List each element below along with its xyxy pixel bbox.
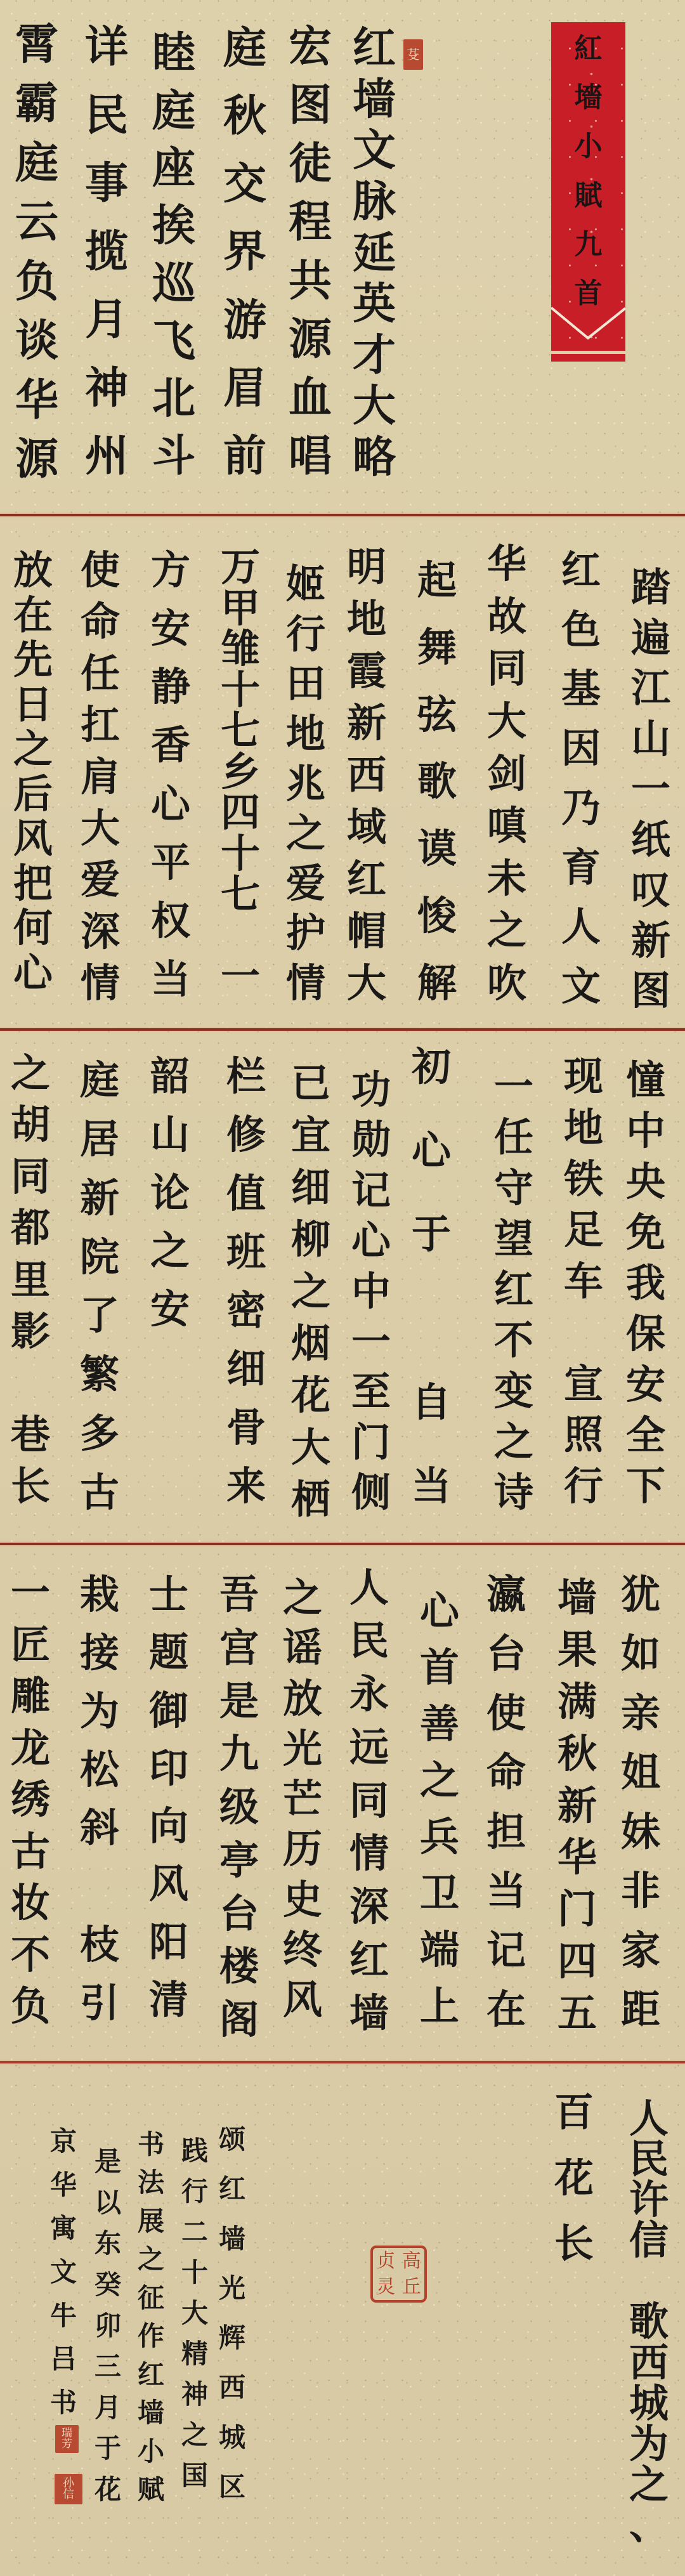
chevron-icon — [551, 22, 625, 351]
glyph: 门 — [351, 1423, 391, 1462]
poem-column: 已宜细柳之烟花大栖 — [280, 1064, 341, 1519]
glyph: 弦 — [417, 695, 457, 735]
glyph: 揽 — [85, 230, 128, 273]
glyph: 墙 — [349, 1994, 389, 2033]
glyph: 巷 — [11, 1415, 50, 1455]
glyph: 爱 — [81, 860, 120, 899]
glyph: 西 — [629, 2343, 669, 2383]
poem-column: 栏修值班密细骨来 — [216, 1057, 277, 1506]
inscription-column: 颂红墙光辉西城区 — [212, 2126, 252, 2501]
glyph: 题 — [149, 1633, 188, 1672]
glyph: 韶 — [150, 1057, 190, 1096]
glyph: 院 — [80, 1238, 119, 1277]
glyph: 徒 — [289, 142, 332, 185]
poem-column: 使命任扛肩大爱深情 — [70, 551, 131, 1003]
glyph: 大 — [487, 702, 526, 741]
glyph: 爱 — [286, 864, 325, 903]
glyph: 谣 — [283, 1628, 322, 1668]
glyph: 之 — [487, 911, 526, 950]
glyph: 霄 — [15, 23, 58, 66]
seal-glyph: 贞 — [376, 2252, 395, 2271]
glyph: 略 — [353, 436, 396, 479]
seal-signature-1-text: 瑞芳 — [62, 2428, 72, 2450]
glyph: 全 — [626, 1416, 665, 1455]
glyph: 乡 — [221, 752, 260, 792]
glyph: 心 — [13, 953, 53, 993]
glyph: 史 — [283, 1880, 322, 1919]
glyph: 界 — [223, 230, 266, 273]
glyph: 放 — [13, 551, 53, 590]
glyph: 同 — [11, 1157, 50, 1196]
glyph: 楼 — [219, 1947, 259, 1986]
glyph: 把 — [13, 864, 53, 903]
glyph: 墙 — [219, 2226, 245, 2252]
glyph: 权 — [151, 901, 190, 941]
glyph: 游 — [223, 299, 266, 342]
glyph: 红 — [353, 27, 396, 70]
glyph: 日 — [13, 685, 53, 724]
poem-column: 红色基因乃育人文 — [551, 551, 611, 1006]
glyph: 红 — [494, 1270, 533, 1309]
glyph: 为 — [629, 2424, 669, 2464]
glyph: 士 — [149, 1575, 188, 1614]
glyph: 、 — [629, 2506, 669, 2545]
glyph: 已 — [291, 1064, 330, 1103]
glyph: 班 — [226, 1232, 266, 1272]
glyph: 地 — [347, 599, 386, 639]
glyph: 先 — [13, 640, 53, 679]
glyph: 于 — [412, 1215, 451, 1254]
glyph: 栖 — [291, 1480, 330, 1519]
glyph: 十 — [181, 2259, 208, 2286]
poem-column: 放在先日之后风把何心 — [3, 551, 63, 993]
glyph: 诗 — [494, 1473, 533, 1512]
glyph: 我 — [626, 1264, 665, 1303]
glyph: 憧 — [626, 1061, 665, 1100]
seal-top: 芟 — [403, 39, 423, 70]
glyph: 事 — [85, 162, 128, 205]
glyph: 平 — [151, 843, 190, 882]
glyph: 姬 — [286, 565, 325, 604]
glyph: 胡 — [11, 1105, 50, 1144]
glyph: 变 — [494, 1371, 533, 1411]
glyph: 枝 — [80, 1925, 119, 1965]
glyph: 卫 — [420, 1874, 459, 1913]
glyph: 足 — [564, 1210, 603, 1250]
glyph: 癸 — [95, 2272, 121, 2298]
glyph: 犹 — [621, 1575, 660, 1614]
glyph: 兵 — [420, 1817, 459, 1857]
glyph: 宏 — [289, 25, 332, 69]
glyph: 大 — [347, 964, 386, 1003]
glyph: 人 — [629, 2099, 669, 2138]
glyph: 向 — [149, 1807, 188, 1846]
glyph: 之 — [138, 2246, 164, 2273]
poem-column: 士题御印向风阳清 — [138, 1575, 199, 2020]
poem-column: 睦庭座挨巡飞北斗 — [142, 32, 205, 478]
glyph: 源 — [15, 438, 58, 481]
glyph: 记 — [486, 1931, 526, 1970]
poem-column: 吾宫是九级亭台楼阁 — [209, 1575, 270, 2039]
glyph: 论 — [150, 1174, 190, 1213]
glyph: 剑 — [487, 754, 526, 794]
glyph: 民 — [629, 2140, 669, 2179]
glyph: 九 — [219, 1734, 259, 1774]
glyph: 值 — [226, 1174, 266, 1213]
glyph: 望 — [494, 1219, 533, 1259]
glyph: 信 — [629, 2221, 669, 2260]
glyph: 庭 — [152, 89, 195, 133]
glyph: 展 — [138, 2208, 164, 2235]
glyph: 风 — [13, 819, 53, 858]
glyph: 心 — [351, 1221, 391, 1260]
glyph: 明 — [347, 547, 386, 587]
glyph: 守 — [494, 1168, 533, 1208]
poem-column: 初心于自当 — [401, 1047, 462, 1506]
glyph: 龙 — [11, 1729, 50, 1768]
glyph: 颂 — [219, 2126, 245, 2153]
glyph: 命 — [81, 602, 120, 641]
glyph: 印 — [149, 1749, 188, 1788]
glyph: 安 — [151, 609, 190, 648]
glyph: 交 — [223, 162, 266, 206]
glyph: 使 — [486, 1694, 526, 1733]
glyph: 新 — [347, 703, 386, 743]
poem-column: 人民许信歌西城为之、 — [618, 2099, 679, 2545]
glyph: 大 — [81, 809, 120, 848]
glyph: 解 — [417, 964, 457, 1003]
seal-signature-2: 孙信 — [55, 2474, 82, 2504]
inscription-column: 是以东癸卯三月于花 — [88, 2148, 127, 2503]
glyph: 风 — [149, 1864, 188, 1904]
glyph: 下 — [626, 1467, 665, 1506]
glyph: 区 — [219, 2474, 245, 2501]
poem-column: 方安静香心平权当 — [140, 551, 201, 999]
poem-column: 之谣放光芒历史终风 — [272, 1578, 333, 2020]
glyph: 后 — [13, 775, 53, 814]
glyph: 是 — [95, 2148, 121, 2175]
glyph: 行 — [286, 615, 325, 654]
glyph: 放 — [283, 1679, 322, 1718]
glyph: 芒 — [283, 1779, 322, 1819]
poem-column: 犹如亲姐妹非家距 — [610, 1575, 671, 2029]
glyph: 甲 — [221, 589, 260, 628]
poem-column: 庭居新院了繁多古 — [69, 1061, 130, 1512]
glyph: 御 — [149, 1691, 188, 1730]
poem-column: 栽接为松斜枝引 — [69, 1575, 130, 2023]
glyph: 在 — [13, 596, 53, 635]
glyph: 记 — [351, 1171, 391, 1210]
glyph: 长 — [11, 1467, 50, 1506]
glyph: 古 — [11, 1832, 50, 1871]
glyph: 月 — [95, 2395, 121, 2421]
glyph: 善 — [420, 1704, 459, 1744]
glyph: 乃 — [561, 788, 601, 828]
glyph: 长 — [554, 2224, 594, 2263]
glyph: 不 — [494, 1321, 533, 1360]
glyph: 吹 — [487, 964, 526, 1003]
glyph: 当 — [412, 1467, 451, 1506]
glyph: 城 — [219, 2424, 245, 2451]
glyph: 任 — [81, 654, 120, 693]
glyph: 家 — [621, 1931, 660, 1970]
glyph: 图 — [289, 84, 332, 127]
glyph: 之 — [283, 1578, 322, 1618]
glyph: 影 — [11, 1312, 50, 1351]
glyph: 雏 — [221, 629, 260, 669]
glyph: 肩 — [81, 757, 120, 797]
glyph: 牛 — [50, 2303, 77, 2329]
glyph: 色 — [561, 610, 601, 650]
glyph: 秋 — [558, 1734, 597, 1774]
glyph: 繁 — [80, 1355, 119, 1394]
poem-column: 憧中央免我保安全下 — [615, 1061, 676, 1506]
glyph: 东 — [95, 2230, 121, 2257]
glyph: 里 — [11, 1260, 50, 1300]
glyph: 如 — [621, 1634, 660, 1673]
glyph: 密 — [226, 1291, 266, 1330]
glyph: 巡 — [152, 262, 195, 305]
glyph: 栽 — [80, 1575, 119, 1614]
glyph: 眉 — [223, 367, 266, 410]
glyph: 居 — [80, 1120, 119, 1159]
inscription-column: 京华寓文牛吕书 — [44, 2128, 83, 2416]
glyph: 红 — [561, 551, 601, 590]
glyph: 来 — [226, 1467, 266, 1506]
glyph: 京 — [50, 2128, 77, 2155]
glyph: 一 — [221, 957, 260, 996]
glyph: 一 — [11, 1573, 50, 1612]
glyph: 照 — [564, 1415, 603, 1455]
glyph: 行 — [181, 2178, 208, 2205]
glyph: 阁 — [219, 2000, 259, 2039]
glyph: 台 — [486, 1634, 526, 1673]
poem-column: 之胡同都里影巷长 — [0, 1054, 61, 1506]
glyph: 图 — [631, 971, 670, 1010]
seal-glyph: 高 — [402, 2252, 421, 2271]
glyph: 城 — [629, 2384, 669, 2423]
glyph: 永 — [349, 1675, 389, 1714]
glyph: 十 — [221, 670, 260, 710]
glyph: 当 — [486, 1871, 526, 1911]
glyph: 神 — [181, 2381, 208, 2408]
glyph: 以 — [95, 2190, 121, 2216]
glyph: 姐 — [621, 1753, 660, 1792]
glyph: 瀛 — [486, 1575, 526, 1614]
glyph: 扛 — [81, 705, 120, 745]
glyph: 多 — [80, 1414, 119, 1453]
glyph: 庭 — [80, 1061, 119, 1100]
glyph: 月 — [85, 298, 128, 341]
glyph: 三 — [95, 2353, 121, 2380]
glyph: 负 — [11, 1987, 50, 2026]
glyph: 精 — [181, 2341, 208, 2367]
glyph: 大 — [181, 2300, 208, 2327]
glyph: 心 — [412, 1131, 451, 1170]
glyph: 人 — [561, 907, 601, 946]
glyph: 端 — [420, 1930, 459, 1970]
glyph: 唱 — [289, 435, 332, 478]
glyph: 新 — [558, 1786, 597, 1826]
glyph: 详 — [85, 25, 128, 69]
glyph: 行 — [564, 1467, 603, 1506]
glyph: 民 — [85, 94, 128, 137]
glyph: 绣 — [11, 1780, 50, 1819]
glyph: 安 — [150, 1290, 190, 1329]
glyph: 之 — [181, 2422, 208, 2449]
glyph: 江 — [631, 669, 670, 708]
glyph: 北 — [152, 377, 195, 420]
glyph: 州 — [85, 435, 128, 478]
glyph: 之 — [13, 729, 53, 769]
glyph: 踏 — [631, 568, 670, 607]
glyph: 护 — [286, 913, 325, 953]
glyph: 一 — [351, 1322, 391, 1361]
poem-column: 现地铁足车宣照行 — [553, 1057, 614, 1506]
glyph: 脉 — [353, 180, 396, 223]
glyph: 因 — [561, 729, 601, 768]
glyph: 非 — [621, 1871, 660, 1911]
poem-column: 瀛台使命担当记在 — [476, 1575, 537, 2029]
glyph: 悛 — [417, 896, 457, 936]
glyph: 功 — [351, 1070, 391, 1109]
glyph: 级 — [219, 1788, 259, 1827]
glyph: 铁 — [564, 1160, 603, 1199]
section-divider — [0, 1543, 685, 1545]
glyph: 育 — [561, 848, 601, 887]
glyph: 延 — [353, 232, 396, 275]
glyph: 程 — [289, 200, 332, 244]
glyph: 古 — [80, 1473, 119, 1512]
glyph: 寓 — [50, 2215, 77, 2242]
glyph: 域 — [347, 807, 386, 847]
poem-column: 墙果满秋新华门四五 — [547, 1578, 608, 2033]
poem-column: 万甲雏十七乡四十七一 — [210, 547, 271, 996]
glyph: 安 — [626, 1365, 665, 1404]
glyph: 了 — [80, 1296, 119, 1335]
glyph: 光 — [283, 1729, 322, 1769]
glyph: 接 — [80, 1633, 119, 1673]
glyph: 香 — [151, 726, 190, 765]
poem-column: 心首善之兵卫端上 — [409, 1592, 470, 2026]
glyph: 歌 — [629, 2302, 669, 2341]
glyph: 之 — [420, 1761, 459, 1800]
glyph: 台 — [219, 1894, 259, 1933]
poem-column: 踏遍江山一纸叹新图 — [620, 568, 681, 1010]
glyph: 前 — [223, 435, 266, 478]
glyph: 满 — [558, 1682, 597, 1722]
glyph: 睦 — [152, 32, 195, 75]
glyph: 英 — [353, 282, 396, 325]
glyph: 深 — [81, 912, 120, 951]
glyph: 侧 — [351, 1473, 391, 1512]
glyph: 烟 — [291, 1324, 330, 1363]
section-divider — [0, 2061, 685, 2063]
glyph: 十 — [221, 834, 260, 873]
glyph: 勋 — [351, 1120, 391, 1160]
glyph: 源 — [289, 318, 332, 361]
glyph: 大 — [353, 384, 396, 428]
glyph: 西 — [347, 755, 386, 795]
glyph: 庭 — [223, 27, 266, 70]
glyph: 墙 — [558, 1578, 597, 1618]
glyph: 妹 — [621, 1812, 660, 1852]
glyph: 叹 — [631, 870, 670, 910]
section-divider — [0, 1028, 685, 1031]
glyph: 田 — [286, 664, 325, 703]
glyph: 斜 — [80, 1808, 119, 1848]
glyph: 辉 — [219, 2325, 245, 2351]
glyph: 初 — [412, 1047, 451, 1087]
seal-signature-2-text: 孙信 — [63, 2478, 74, 2501]
glyph: 小 — [138, 2438, 164, 2465]
glyph: 负 — [15, 260, 58, 303]
glyph: 红 — [349, 1940, 389, 1980]
glyph: 于 — [95, 2435, 121, 2462]
glyph: 嗔 — [487, 806, 526, 846]
title-label-stripe — [551, 354, 625, 362]
glyph: 匠 — [11, 1625, 50, 1664]
poem-column: 百花长 — [544, 2093, 604, 2263]
glyph: 之 — [291, 1272, 330, 1311]
glyph: 栏 — [226, 1057, 266, 1096]
glyph: 细 — [291, 1168, 330, 1207]
glyph: 同 — [487, 649, 526, 688]
glyph: 央 — [626, 1162, 665, 1201]
glyph: 许 — [629, 2180, 669, 2220]
glyph: 民 — [349, 1621, 389, 1661]
glyph: 使 — [81, 551, 120, 590]
glyph: 门 — [558, 1890, 597, 1929]
seal-glyph: 灵 — [376, 2278, 395, 2297]
glyph: 西 — [219, 2374, 245, 2401]
glyph: 谟 — [417, 829, 457, 868]
glyph: 担 — [486, 1812, 526, 1852]
glyph: 一 — [631, 769, 670, 809]
glyph: 征 — [138, 2285, 164, 2311]
glyph: 故 — [487, 597, 526, 636]
poem-column: 功勋记心中一至门侧 — [341, 1070, 401, 1512]
glyph: 之 — [494, 1422, 533, 1461]
glyph: 中 — [351, 1272, 391, 1311]
glyph: 红 — [347, 860, 386, 899]
glyph: 果 — [558, 1630, 597, 1670]
glyph: 红 — [219, 2176, 245, 2202]
glyph: 百 — [554, 2093, 594, 2132]
poem-column: 宏图徒程共源血唱 — [278, 25, 342, 478]
glyph: 同 — [349, 1781, 389, 1821]
glyph: 自 — [412, 1383, 451, 1422]
glyph: 任 — [494, 1118, 533, 1157]
glyph: 七 — [221, 711, 260, 750]
poem-column: 姬行田地兆之爱护情 — [275, 565, 336, 1003]
glyph: 五 — [558, 1994, 597, 2033]
glyph: 才 — [353, 334, 396, 377]
glyph: 一 — [494, 1067, 533, 1106]
glyph: 松 — [80, 1750, 119, 1789]
poem-column: 华故同大剑嗔未之吹 — [476, 544, 537, 1003]
glyph: 历 — [283, 1829, 322, 1869]
glyph: 墙 — [353, 78, 396, 121]
glyph: 上 — [420, 1987, 459, 2026]
glyph: 作 — [138, 2323, 164, 2350]
glyph: 华 — [15, 379, 58, 422]
glyph: 命 — [486, 1753, 526, 1792]
glyph: 新 — [631, 921, 670, 960]
glyph: 信 — [63, 2489, 74, 2501]
glyph: 遍 — [631, 618, 670, 658]
glyph: 宫 — [219, 1628, 259, 1668]
